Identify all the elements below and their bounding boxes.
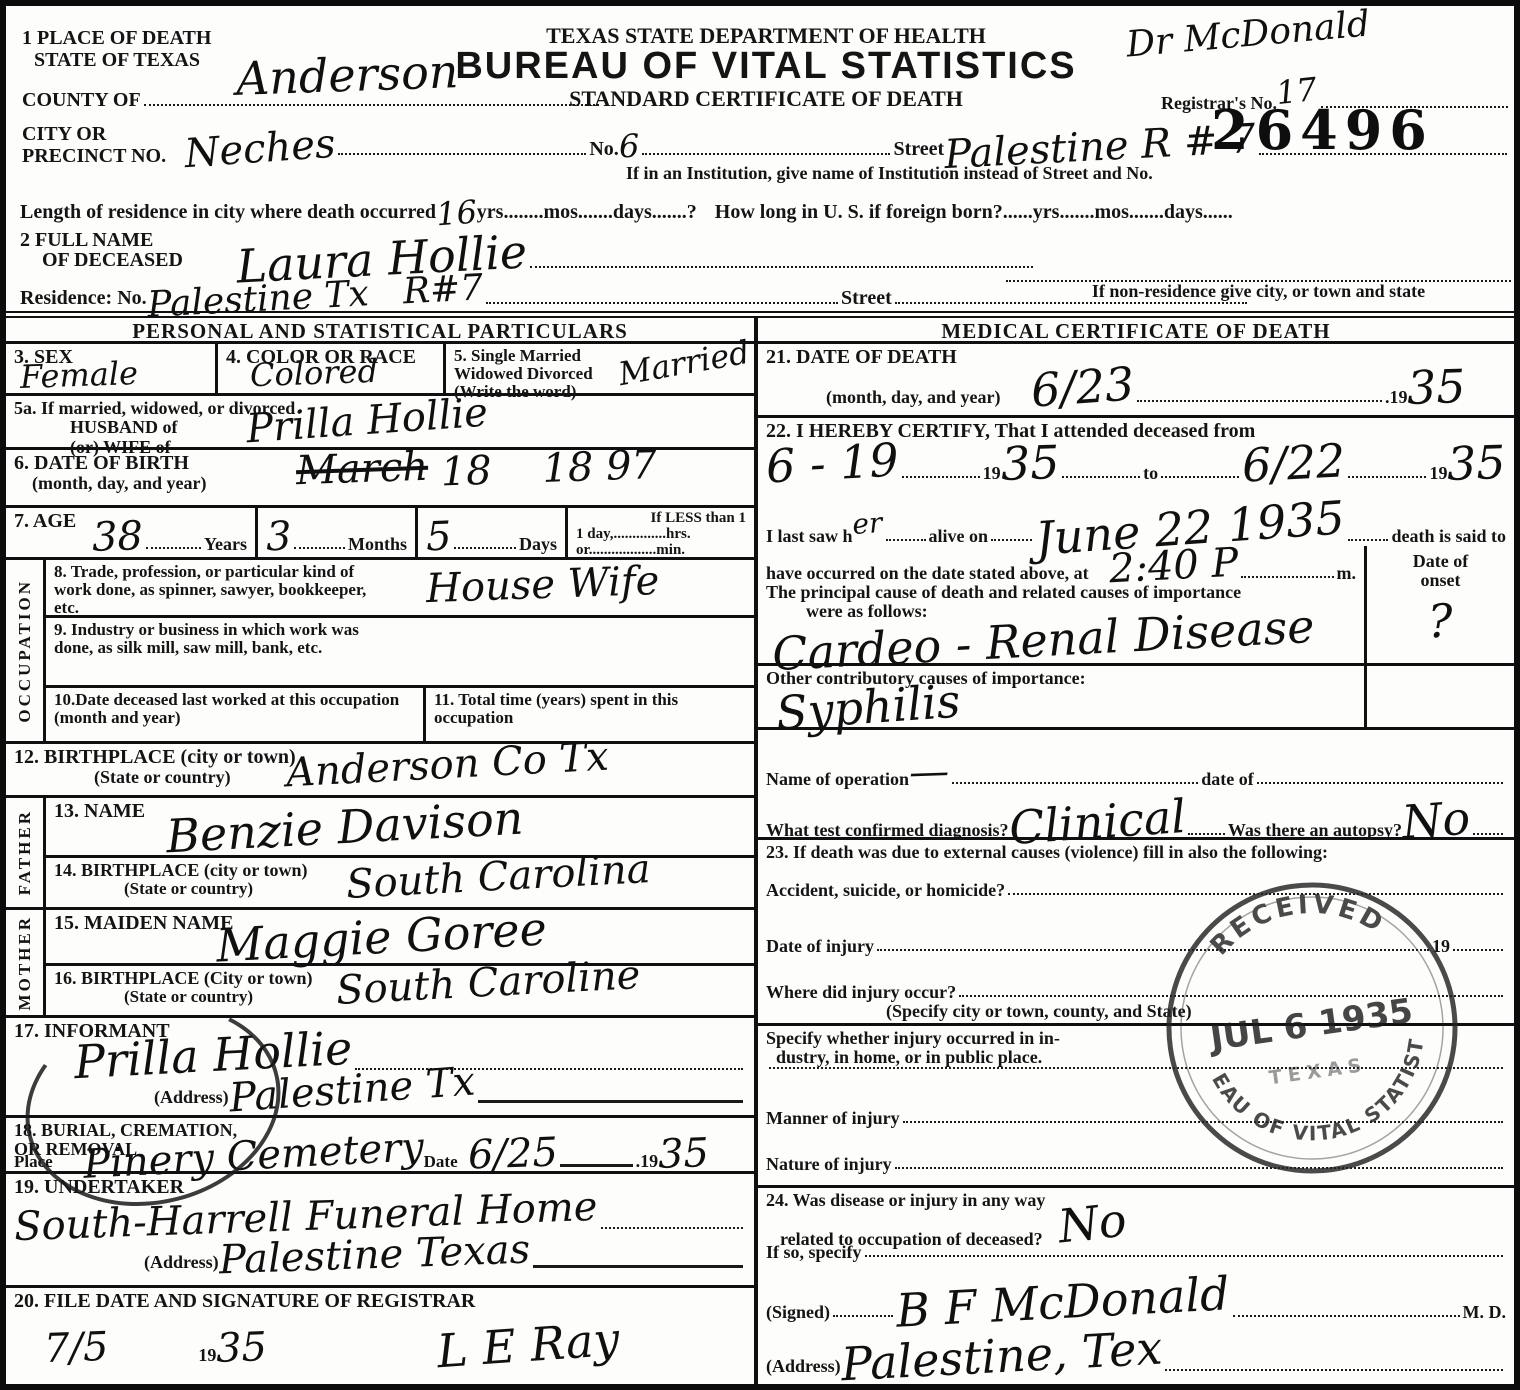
year-prefix-b: 19 [1429, 464, 1447, 483]
registrar-signature-handwriting: L E Ray [436, 1320, 621, 1372]
contributory-handwriting: Syphilis [775, 682, 962, 734]
dotted-leader [865, 1255, 1504, 1257]
certificate-number-stamp: 26496 [1211, 98, 1434, 162]
nature-row: Nature of injury [758, 1144, 1514, 1188]
cause-area: have occurred on the date stated above, … [758, 546, 1514, 730]
dod-label-2: (month, day, and year) [826, 388, 1001, 407]
residence-length-handwriting: 16 [435, 199, 478, 229]
burial-date-handwriting: 6/25 [467, 1135, 558, 1172]
father-group: FATHER 13. NAME Benzie Davison 14. BIRTH… [6, 798, 754, 910]
personal-particulars-column: PERSONAL AND STATISTICAL PARTICULARS 3. … [6, 318, 758, 1384]
full-name-label-2: OF DECEASED [42, 250, 183, 271]
dotted-leader [1241, 576, 1333, 578]
mother-rows: 15. MAIDEN NAME Maggie Goree 16. BIRTHPL… [46, 910, 754, 1018]
medical-section-header: MEDICAL CERTIFICATE OF DEATH [758, 318, 1514, 344]
dotted-leader [1348, 476, 1426, 478]
residence-label: Residence: No. [20, 288, 147, 309]
dotted-leader [338, 153, 586, 155]
occurred-time-handwriting: 2:40 P [1108, 546, 1239, 587]
sex-race-marital-row: 3. SEX Female 4. COLOR OR RACE Colored 5… [6, 344, 754, 396]
file-date-label: 20. FILE DATE AND SIGNATURE OF REGISTRAR [14, 1291, 746, 1312]
state-of-texas-label: STATE OF TEXAS [34, 50, 200, 71]
solid-leader [533, 1265, 743, 1268]
how-long-in-us-label: How long in U. S. if foreign born?......… [715, 202, 1233, 223]
external-causes-row: 23. If death was due to external causes … [758, 840, 1514, 870]
last-saw-gender-handwriting: er [851, 511, 883, 537]
medical-certificate-column: MEDICAL CERTIFICATE OF DEATH 21. DATE OF… [758, 318, 1514, 1384]
burial-year-handwriting: 35 [658, 1136, 710, 1172]
solid-leader [478, 1100, 743, 1103]
injury-date-row: Date of injury 19 [758, 918, 1514, 974]
dotted-leader [902, 476, 980, 478]
trade-value-handwriting: House Wife [425, 564, 659, 606]
age-months-label: Months [348, 535, 407, 554]
test-label: What test confirmed diagnosis? [766, 821, 1009, 840]
dotted-leader [877, 949, 1429, 951]
trade-row: 8. Trade, profession, or particular kind… [46, 560, 754, 618]
age-less-label-2: 1 day,..............hrs. [576, 527, 746, 543]
dotted-leader [601, 1227, 743, 1229]
age-label: 7. AGE [14, 511, 76, 532]
dotted-leader [1161, 476, 1239, 478]
onset-label-1: Date of [1367, 552, 1514, 571]
last-worked-label: 10.Date deceased last worked at this occ… [54, 691, 415, 727]
city-or-label: CITY OR [22, 124, 106, 145]
dotted-leader [1453, 949, 1503, 951]
age-less-label-3: or..................min. [576, 543, 746, 559]
dob-value-handwriting: 18 18 97 [428, 448, 658, 490]
md-label: M. D. [1463, 1303, 1507, 1322]
mother-group: MOTHER 15. MAIDEN NAME Maggie Goree 16. … [6, 910, 754, 1018]
injury-place-label-1: Specify whether injury occurred in in- [766, 1029, 1506, 1048]
age-less-cell: If LESS than 1 1 day,..............hrs. … [568, 508, 754, 557]
informant-address-handwriting: Palestine Tx [228, 1065, 476, 1116]
physician-note-handwriting: Dr McDonald [1125, 9, 1371, 61]
residence-value-handwriting: Palestine Tx R#7 [146, 273, 483, 321]
operation-label: Name of operation [766, 770, 909, 789]
age-row: 7. AGE 38 Years 3 Months 5 Days If LESS … [6, 508, 754, 560]
title-block: TEXAS STATE DEPARTMENT OF HEALTH BUREAU … [436, 24, 1096, 110]
dod-year-handwriting: 35 [1407, 367, 1467, 408]
age-days-label: Days [519, 535, 557, 554]
last-worked-cell: 10.Date deceased last worked at this occ… [46, 688, 426, 741]
mother-birthplace-row: 16. BIRTHPLACE (City or town) (State or … [46, 966, 754, 1018]
dotted-leader [1165, 1369, 1503, 1371]
full-name-field: Laura Hollie [206, 234, 1036, 273]
birthplace-row: 12. BIRTHPLACE (city or town) (State or … [6, 744, 754, 798]
marital-field: 5. Single Married Widowed Divorced (Writ… [446, 344, 754, 393]
certify-row: 22. I HEREBY CERTIFY, That I attended de… [758, 418, 1514, 490]
street-label: Street [893, 139, 944, 160]
father-birthplace-row: 14. BIRTHPLACE (city or town) (State or … [46, 858, 754, 910]
header-section: 1 PLACE OF DEATH STATE OF TEXAS COUNTY O… [6, 6, 1514, 318]
file-date-row: 20. FILE DATE AND SIGNATURE OF REGISTRAR… [6, 1288, 754, 1384]
county-label: COUNTY OF [22, 90, 141, 111]
injury-where-label: Where did injury occur? [766, 983, 956, 1002]
to-label: to [1143, 464, 1158, 483]
occurred-m-label: m. [1337, 564, 1357, 583]
nonresidence-note: If non-residence give city, or town and … [1092, 281, 1425, 301]
department-title: TEXAS STATE DEPARTMENT OF HEALTH [436, 24, 1096, 47]
father-rows: 13. NAME Benzie Davison 14. BIRTHPLACE (… [46, 798, 754, 910]
informant-address-label: (Address) [154, 1088, 229, 1107]
last-saw-row: I last saw h er alive on June 22 1935 de… [758, 490, 1514, 546]
ifso-row: If so, specify [758, 1240, 1514, 1272]
signed-value-handwriting: B F McDonald [895, 1274, 1230, 1331]
attended-from-handwriting: 6 - 19 [765, 441, 899, 487]
personal-section-header: PERSONAL AND STATISTICAL PARTICULARS [6, 318, 754, 344]
injury-place-label-2: dustry, in home, or in public place. [776, 1048, 1506, 1067]
address-value-handwriting: Palestine, Tex [840, 1329, 1163, 1385]
occupation-rows: 8. Trade, profession, or particular kind… [46, 560, 754, 744]
informant-row: 17. INFORMANT Prilla Hollie (Address) Pa… [6, 1018, 754, 1118]
dotted-leader [454, 547, 516, 549]
mother-side: MOTHER [6, 910, 46, 1018]
injury-where-note: (Specify city or town, county, and State… [886, 1002, 1506, 1021]
dotted-leader [769, 1067, 1503, 1069]
residence-length-units: yrs........mos.......days.......? [477, 202, 697, 223]
dotted-leader [146, 547, 201, 549]
dotted-leader [530, 266, 1033, 268]
onset-label-2: onset [1367, 571, 1514, 590]
sex-field: 3. SEX Female [6, 344, 218, 393]
autopsy-label: Was there an autopsy? [1228, 821, 1402, 840]
spouse-label-2: HUSBAND of [70, 418, 178, 437]
age-days-cell: 5 Days [418, 508, 568, 557]
dotted-leader [642, 153, 890, 155]
injury-place-row: Specify whether injury occurred in in- d… [758, 1026, 1514, 1092]
dotted-leader [903, 1121, 1503, 1123]
signed-label: (Signed) [766, 1303, 830, 1322]
residence-street-label: Street [841, 288, 892, 309]
external-causes-label: 23. If death was due to external causes … [766, 843, 1506, 862]
dotted-leader [1008, 893, 1503, 895]
occurred-label: have occurred on the date stated above, … [766, 564, 1089, 583]
last-saw-label-3: death is said to [1391, 527, 1506, 546]
sex-value-handwriting: Female [20, 360, 139, 391]
address-row: (Address) Palestine, Tex [758, 1328, 1514, 1384]
county-value-handwriting: Anderson [235, 52, 459, 99]
nature-label: Nature of injury [766, 1155, 892, 1174]
father-name-handwriting: Benzie Davison [165, 799, 524, 857]
mother-side-label: MOTHER [15, 915, 35, 1010]
dod-label-1: 21. DATE OF DEATH [766, 347, 1506, 368]
age-years-cell: 7. AGE 38 Years [6, 508, 258, 557]
dotted-leader [952, 782, 1198, 784]
occupation-side-label: OCCUPATION [15, 579, 35, 723]
year-prefix-a: 19 [983, 464, 1001, 483]
age-months-handwriting: 3 [265, 520, 292, 555]
signed-row: (Signed) B F McDonald M. D. [758, 1272, 1514, 1328]
full-name-label-1: 2 FULL NAME [20, 230, 153, 251]
file-year-prefix: 19 [198, 1346, 216, 1365]
ifso-label: If so, specify [766, 1243, 862, 1262]
last-saw-label-1: I last saw h [766, 527, 853, 546]
dotted-leader [294, 547, 345, 549]
mother-maiden-row: 15. MAIDEN NAME Maggie Goree [46, 910, 754, 966]
burial-date-label: Date [424, 1153, 458, 1171]
columns: PERSONAL AND STATISTICAL PARTICULARS 3. … [6, 318, 1514, 1384]
bureau-title: BUREAU OF VITAL STATISTICS [436, 47, 1096, 87]
date-of-death-row: 21. DATE OF DEATH (month, day, and year)… [758, 344, 1514, 418]
dotted-leader [833, 1315, 893, 1317]
trade-label: 8. Trade, profession, or particular kind… [54, 563, 394, 617]
mother-maiden-handwriting: Maggie Goree [215, 909, 547, 965]
residence-length-label: Length of residence in city where death … [20, 202, 436, 223]
total-time-cell: 11. Total time (years) spent in this occ… [426, 688, 754, 741]
dod-value-handwriting: 6/23 [1029, 364, 1135, 410]
solid-leader [560, 1164, 632, 1167]
race-value-handwriting: Colored [250, 358, 379, 390]
dotted-leader [895, 1167, 1503, 1169]
dotted-leader [1257, 782, 1503, 784]
file-date-handwriting: 7/5 [43, 1330, 109, 1366]
dotted-leader [1137, 400, 1382, 402]
dotted-leader [486, 302, 838, 304]
onset-value-handwriting: ? [1427, 601, 1453, 641]
no-label: No. [589, 139, 618, 160]
operation-date-label: date of [1201, 770, 1254, 789]
file-year-handwriting: 35 [216, 1330, 268, 1366]
date-of-birth-row: 6. DATE OF BIRTH (month, day, and year) … [6, 450, 754, 508]
dotted-leader [991, 539, 1032, 541]
age-years-label: Years [204, 535, 247, 554]
precinct-label: PRECINCT NO. [22, 146, 166, 167]
operation-row: Name of operation — date of [758, 730, 1514, 790]
death-certificate-document: 1 PLACE OF DEATH STATE OF TEXAS COUNTY O… [0, 0, 1520, 1390]
dotted-leader [886, 539, 926, 541]
manner-row: Manner of injury [758, 1092, 1514, 1144]
dob-struck-handwriting: March [295, 450, 428, 489]
injury-where-row: Where did injury occur? (Specify city or… [758, 974, 1514, 1026]
last-saw-label-2: alive on [929, 527, 989, 546]
undertaker-address-handwriting: Palestine Texas [218, 1233, 530, 1278]
injury-year-prefix: 19 [1432, 937, 1450, 956]
residence-length-row: Length of residence in city where death … [20, 196, 1510, 223]
institution-note: If in an Institution, give name of Insti… [626, 164, 1153, 183]
injury-date-label: Date of injury [766, 937, 874, 956]
manner-label: Manner of injury [766, 1109, 900, 1128]
occupation-side: OCCUPATION [6, 560, 46, 744]
date-of-onset-box: Date of onset ? [1364, 546, 1514, 730]
q24-row: 24. Was disease or injury in any way rel… [758, 1188, 1514, 1240]
attended-to-handwriting: 6/22 [1241, 441, 1346, 485]
industry-label: 9. Industry or business in which work wa… [54, 621, 394, 657]
dotted-leader [1233, 1315, 1460, 1317]
accident-row: Accident, suicide, or homicide? [758, 870, 1514, 918]
dotted-leader [1348, 539, 1389, 541]
dob-value: March 18 18 97 [296, 452, 657, 487]
q24-label-1: 24. Was disease or injury in any way [766, 1191, 1506, 1210]
undertaker-row: 19. UNDERTAKER South-Harrell Funeral Hom… [6, 1174, 754, 1288]
age-days-handwriting: 5 [425, 520, 452, 555]
dotted-leader [1062, 476, 1140, 478]
accident-label: Accident, suicide, or homicide? [766, 881, 1005, 900]
age-less-label-1: If LESS than 1 [576, 511, 746, 527]
dotted-leader [959, 995, 1503, 997]
dotted-leader [1188, 833, 1224, 835]
undertaker-address-label: (Address) [144, 1253, 219, 1272]
race-field: 4. COLOR OR RACE Colored [218, 344, 446, 393]
dotted-leader [1473, 833, 1503, 835]
dod-year-prefix: .19 [1385, 388, 1408, 407]
age-months-cell: 3 Months [258, 508, 418, 557]
place-of-death-label: 1 PLACE OF DEATH [22, 28, 211, 49]
test-autopsy-row: What test confirmed diagnosis? Clinical … [758, 790, 1514, 840]
attended-from-year-handwriting: 35 [1000, 443, 1060, 484]
father-side-label: FATHER [15, 809, 35, 895]
burial-year-prefix: .19 [636, 1152, 659, 1171]
burial-place-label: Place [14, 1153, 53, 1171]
occupation-group: OCCUPATION 8. Trade, profession, or part… [6, 560, 754, 744]
autopsy-value-handwriting: No [1401, 799, 1472, 843]
burial-row: 18. BURIAL, CREMATION, OR REMOVAL Place … [6, 1118, 754, 1174]
certificate-title: STANDARD CERTIFICATE OF DEATH [436, 87, 1096, 110]
operation-dash-handwriting: — [908, 754, 949, 789]
last-worked-row: 10.Date deceased last worked at this occ… [46, 688, 754, 744]
father-side: FATHER [6, 798, 46, 910]
precinct-value-handwriting: Neches [183, 127, 336, 171]
industry-row: 9. Industry or business in which work wa… [46, 618, 754, 688]
nonresidence-note-box: If non-residence give city, or town and … [1006, 280, 1511, 302]
spouse-value-handwriting: Prilla Hollie [245, 396, 489, 447]
age-years-handwriting: 38 [92, 519, 144, 555]
total-time-label: 11. Total time (years) spent in this occ… [434, 691, 746, 727]
attended-to-year-handwriting: 35 [1447, 443, 1507, 484]
house-number-handwriting: 6 [618, 132, 639, 160]
address-label: (Address) [766, 1357, 841, 1376]
